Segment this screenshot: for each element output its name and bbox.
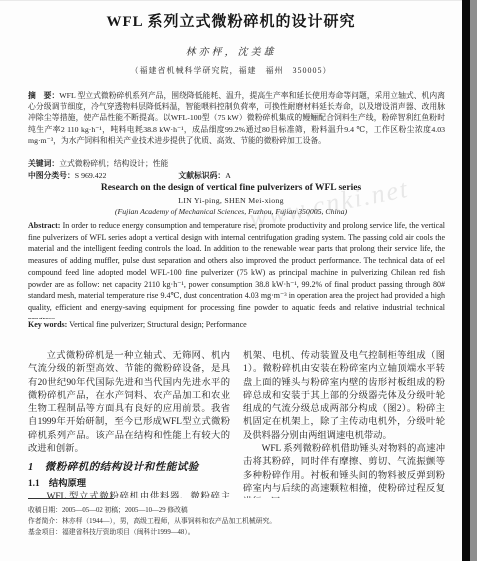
paper-page: www.cnki.net WFL 系列立式微粉碎机的设计研究 林亦枰，沈美雄 （… [0,0,462,561]
body-paragraph: WFL 型立式微粉碎机由供料器、微粉碎主机、 [28,491,230,498]
right-column: 机架、电机、传动装置及电气控制柜等组成（图1）。微粉碎机由安装在粉碎室内立轴顶端… [243,350,445,498]
abstract-en-label: Abstract: [28,221,60,230]
abstract-cn-text: WFL 型立式微粉碎机系列产品，围绕降低能耗、温升，提高生产率和延长使用寿命等问… [28,91,445,145]
keywords-cn-label: 关键词： [28,159,59,168]
body-columns: 立式微粉碎机是一种立轴式、无筛网、机内气流分级的新型高效、节能的微粉碎设备，是具… [28,350,445,498]
footnote-received-date: 收稿日期：2005—05—02 初稿；2005—10—29 修改稿 [28,505,445,516]
english-title: Research on the design of vertical fine … [0,183,462,193]
section-heading: 1 微粉碎机的结构设计和性能试验 [28,461,230,474]
doc-code-value: A [225,171,231,180]
keywords-en-label: Key words: [28,320,67,329]
english-authors: LIN Yi-ping, SHEN Mei-xiong [0,196,462,205]
page-content: WFL 系列立式微粉碎机的设计研究 林亦枰，沈美雄 （福建省机械科学研究院，福建… [0,1,462,561]
footnote-divider [28,498,114,499]
abstract-en: Abstract: In order to reduce energy cons… [28,220,445,319]
keywords-en: Key words: Vertical fine pulverizer; Str… [28,320,445,329]
abstract-cn-label: 摘 要： [28,91,59,100]
footnotes: 收稿日期：2005—05—02 初稿；2005—10—29 修改稿 作者简介：林… [28,505,445,538]
keywords-cn: 关键词：立式微粉碎机；结构设计；性能 [28,158,445,169]
clc-item: 中图分类号：S 969.422 [28,171,106,180]
affiliation-cn: （福建省机械科学研究院，福建 福州 350005） [0,65,462,76]
subsection-heading: 1.1 结构原理 [28,478,230,491]
body-paragraph: 机架、电机、传动装置及电气控制柜等组成（图1）。微粉碎机由安装在粉碎室内立轴顶端… [243,350,445,443]
body-paragraph: 立式微粉碎机是一种立轴式、无筛网、机内气流分级的新型高效、节能的微粉碎设备，是具… [28,350,230,456]
paper-title: WFL 系列立式微粉碎机的设计研究 [0,10,462,31]
scan-edge-black-strip [462,0,470,561]
doc-code-item: 文献标识码：A [178,170,230,181]
left-column: 立式微粉碎机是一种立轴式、无筛网、机内气流分级的新型高效、节能的微粉碎设备，是具… [28,350,230,498]
footnote-author-bio: 作者简介：林亦枰（1944—），男，高级工程师，从事饲料和农产品加工机械研究。 [28,516,445,527]
doc-code-label: 文献标识码： [178,171,225,180]
clc-value: S 969.422 [75,171,107,180]
english-affiliation: (Fujian Academy of Mechanical Sciences, … [0,207,462,216]
footnote-fund-project: 基金项目：福建省科技厅资助项目（闽科计1999—48）。 [28,527,445,538]
abstract-cn: 摘 要：WFL 型立式微粉碎机系列产品，围绕降低能耗、温升，提高生产率和延长使用… [28,90,445,158]
keywords-cn-text: 立式微粉碎机；结构设计；性能 [59,159,168,168]
clc-label: 中图分类号： [28,171,75,180]
keywords-en-text: Vertical fine pulverizer; Structural des… [69,320,246,329]
body-paragraph: WFL 系列微粉碎机借助锤头对物料的高速冲击将其粉碎，同时伴有摩擦、剪切、气流振… [243,443,445,498]
authors-cn: 林亦枰，沈美雄 [0,43,462,58]
scan-margin-gray [470,0,477,561]
abstract-en-text: In order to reduce energy consumption an… [28,221,445,319]
classification-row: 中图分类号：S 969.422文献标识码：A [28,170,445,181]
